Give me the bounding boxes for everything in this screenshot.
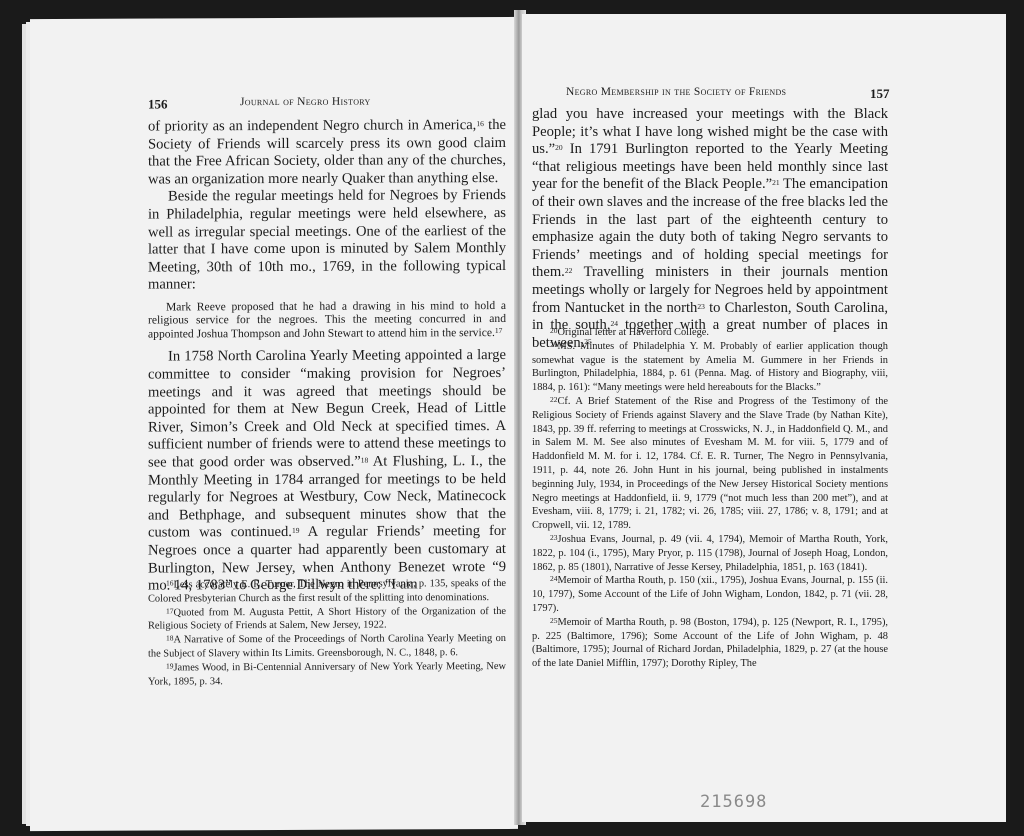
footnote: 19James Wood, in Bi-Centennial Anniversa… <box>148 660 506 689</box>
footnote: 16Less accurately E. R. Turner, The Negr… <box>148 577 506 606</box>
right-page: Negro Membership in the Society of Frien… <box>522 14 1006 822</box>
block-quote: Mark Reeve proposed that he had a drawin… <box>148 299 506 341</box>
running-head: Negro Membership in the Society of Frien… <box>566 86 786 98</box>
footnote: 24Memoir of Martha Routh, p. 150 (xii., … <box>532 574 888 615</box>
running-head: Journal of Negro History <box>240 96 371 109</box>
left-page: 156 Journal of Negro History of priority… <box>30 17 518 831</box>
footnote: 17Quoted from M. Augusta Pettit, A Short… <box>148 605 506 634</box>
accession-stamp: 215698 <box>700 792 767 812</box>
page-number: 157 <box>870 86 890 102</box>
footnote: 18A Narrative of Some of the Proceedings… <box>148 632 506 661</box>
footnotes: 16Less accurately E. R. Turner, The Negr… <box>148 577 506 689</box>
page-number: 156 <box>148 96 168 112</box>
footnote: 25Memoir of Martha Routh, p. 98 (Boston,… <box>532 616 888 671</box>
body-text: glad you have increased your meetings wi… <box>532 106 888 352</box>
footnote: 23Joshua Evans, Journal, p. 49 (vii. 4, … <box>532 533 888 574</box>
paragraph: of priority as an independent Negro chur… <box>148 117 506 189</box>
body-text: of priority as an independent Negro chur… <box>148 117 506 595</box>
paragraph: In 1758 North Carolina Yearly Meeting ap… <box>148 347 506 595</box>
footnote: 21MS. Minutes of Philadelphia Y. M. Prob… <box>532 340 888 395</box>
paragraph: Beside the regular meetings held for Neg… <box>148 187 506 294</box>
footnotes: 20Original letter at Haverford College. … <box>532 326 888 671</box>
footnote: 20Original letter at Haverford College. <box>532 326 888 340</box>
footnote: 22Cf. A Brief Statement of the Rise and … <box>532 395 888 533</box>
paragraph: glad you have increased your meetings wi… <box>532 106 888 352</box>
